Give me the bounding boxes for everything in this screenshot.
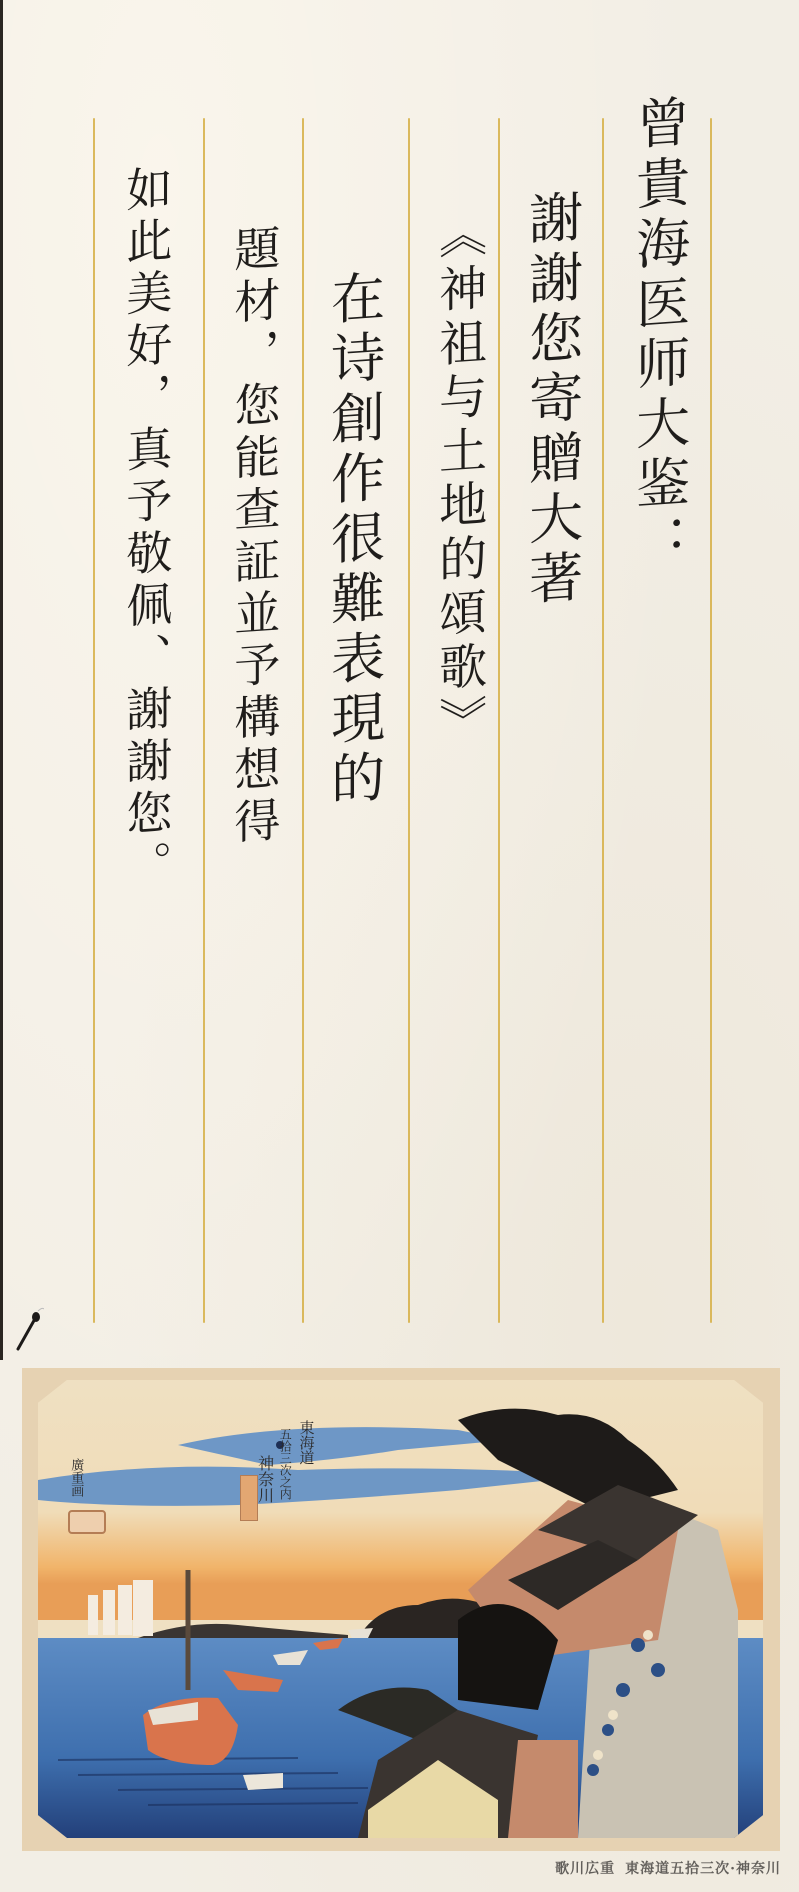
print-illustration bbox=[38, 1380, 763, 1838]
print-subtitle: 五拾三次之内 bbox=[278, 1428, 291, 1500]
print-title-cartouche: 東海道 bbox=[298, 1420, 315, 1465]
letter-column-3: 《神祖与土地的頌歌》 bbox=[412, 210, 504, 750]
caption-title: 東海道五拾三次·神奈川 bbox=[625, 1861, 781, 1877]
letter-column-1: 曾貴海医师大鉴： bbox=[612, 95, 704, 575]
rule-line bbox=[408, 118, 410, 1323]
handwritten-text: 謝謝您寄贈大著 bbox=[520, 188, 583, 612]
print-title-line: 神奈川 bbox=[256, 1455, 275, 1503]
paper-edge bbox=[0, 0, 3, 1360]
letter-column-2: 謝謝您寄贈大著 bbox=[505, 190, 597, 610]
rule-line bbox=[710, 118, 712, 1323]
letter-column-6: 如此美好，真予敬佩、謝謝您。 bbox=[100, 165, 192, 893]
print-station-name: 神奈川 bbox=[256, 1455, 274, 1503]
rule-line bbox=[93, 118, 95, 1323]
rule-line bbox=[302, 118, 304, 1323]
print-red-seal bbox=[240, 1475, 258, 1521]
woodblock-print: 東海道 五拾三次之内 神奈川 廣重画 bbox=[38, 1380, 763, 1838]
caption-artist: 歌川広重 bbox=[555, 1861, 615, 1877]
print-signature: 廣重画 bbox=[68, 1458, 82, 1497]
handwritten-text: 曾貴海医师大鉴： bbox=[627, 93, 690, 577]
print-title-line: 五拾三次之内 bbox=[278, 1428, 292, 1500]
signature-text: 廣重画 bbox=[68, 1458, 83, 1497]
handwritten-text: 在诗創作很難表現的 bbox=[322, 268, 385, 812]
print-title-line: 東海道 bbox=[298, 1420, 316, 1465]
handwritten-text: 《神祖与土地的頌歌》 bbox=[430, 208, 486, 752]
handwritten-text: 如此美好，真予敬佩、謝謝您。 bbox=[119, 163, 172, 895]
rule-line bbox=[203, 118, 205, 1323]
letter-column-4: 在诗創作很難表現的 bbox=[307, 270, 399, 810]
handwritten-text: 題材，您能查証並予構想得 bbox=[227, 223, 280, 851]
letter-column-5: 題材，您能查証並予構想得 bbox=[208, 225, 300, 849]
pen-mark-icon bbox=[14, 1305, 44, 1353]
rule-line bbox=[602, 118, 604, 1323]
print-artist-seal bbox=[68, 1510, 106, 1534]
print-caption: 歌川広重東海道五拾三次·神奈川 bbox=[545, 1858, 781, 1878]
